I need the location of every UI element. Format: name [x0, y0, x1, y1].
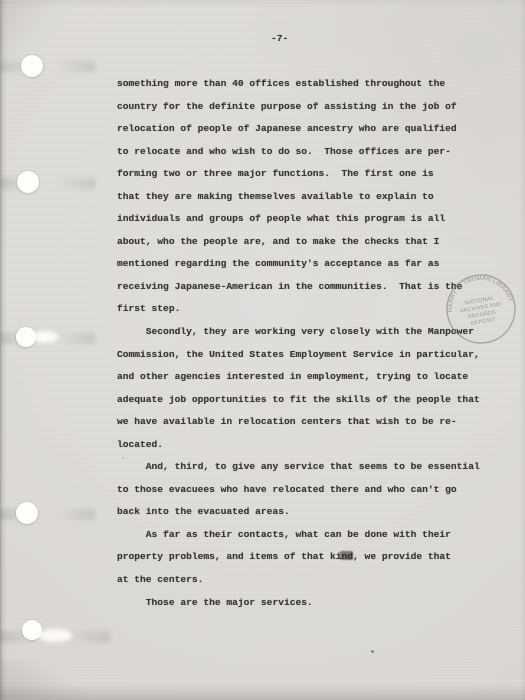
text-line: forming two or three major functions. Th…: [117, 163, 509, 186]
text-line: And, third, to give any service that see…: [117, 456, 509, 479]
paper-crease-highlight: [38, 629, 72, 642]
overstrike-ink-blot: [340, 551, 353, 560]
text-line: about, who the people are, and to make t…: [117, 231, 509, 254]
text-line: Those are the major services.: [117, 592, 509, 615]
dust-speck: [436, 101, 438, 103]
paper-crease-highlight: [32, 331, 58, 343]
punch-hole: [17, 171, 39, 193]
paper-crease: [0, 178, 95, 189]
paper-crease: [0, 509, 95, 520]
dust-speck: [122, 457, 124, 459]
paper-crease: [0, 61, 95, 72]
text-line: at the centers.: [117, 569, 509, 592]
punch-hole: [16, 502, 38, 524]
text-line: individuals and groups of people what th…: [117, 208, 509, 231]
paper-crease: [0, 0, 90, 60]
text-line: something more than 40 offices establish…: [117, 73, 509, 96]
scanned-document-page: -7- something more than 40 offices estab…: [0, 0, 525, 700]
text-line: relocation of people of Japanese ancestr…: [117, 118, 509, 141]
text-line: property problems, and items of that kin…: [117, 546, 509, 569]
text-line: adequate job opportunities to fit the sk…: [117, 389, 509, 412]
text-line: that they are making themselves availabl…: [117, 186, 509, 209]
scan-edge-shadow-right: [520, 0, 525, 700]
paper-crease: [0, 660, 120, 700]
dust-speck: [371, 650, 374, 653]
text-line: to relocate and who wish to do so. Those…: [117, 141, 509, 164]
punch-hole: [21, 55, 43, 77]
archives-stamp: HARRY S. TRUMAN LIBRARY NATIONAL ARCHIVE…: [429, 257, 525, 361]
scan-edge-shadow-left: [0, 0, 7, 700]
text-line: and other agencies interested in employm…: [117, 366, 509, 389]
text-line: located.: [117, 434, 509, 457]
page-number: -7-: [271, 33, 288, 44]
text-line: to those evacuees who have relocated the…: [117, 479, 509, 502]
text-line: country for the definite purpose of assi…: [117, 96, 509, 119]
text-line: we have available in relocation centers …: [117, 411, 509, 434]
text-line: As far as their contacts, what can be do…: [117, 524, 509, 547]
text-line: back into the evacuated areas.: [117, 501, 509, 524]
